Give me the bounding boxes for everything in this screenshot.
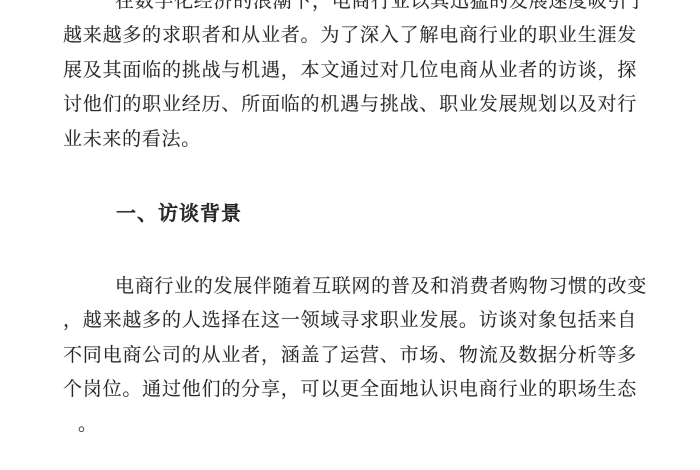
text-line: 不同电商公司的从业者，涵盖了运营、市场、物流及数据分析等多 — [63, 339, 637, 373]
text-line: 越来越多的求职者和从业者。为了深入了解电商行业的职业生涯发 — [63, 19, 637, 53]
text-line-clipped: 在数字化经济的浪潮下，电商行业以其迅猛的发展速度吸引了 — [63, 0, 637, 19]
text-line: 讨他们的职业经历、所面临的机遇与挑战、职业发展规划以及对行 — [63, 88, 637, 122]
paragraph-introduction: 在数字化经济的浪潮下，电商行业以其迅猛的发展速度吸引了 越来越多的求职者和从业者… — [63, 0, 637, 157]
section-heading-interview-background: 一、访谈背景 — [63, 197, 690, 231]
paragraph-interview-background: 电商行业的发展伴随着互联网的普及和消费者购物习惯的改变 ，越来越多的人选择在这一… — [63, 270, 637, 442]
text-line: 电商行业的发展伴随着互联网的普及和消费者购物习惯的改变 — [63, 270, 637, 304]
text-line-wrapped-period: 。 — [63, 408, 637, 442]
text-line: 展及其面临的挑战与机遇，本文通过对几位电商从业者的访谈，探 — [63, 54, 637, 88]
text-line: 个岗位。通过他们的分享，可以更全面地认识电商行业的职场生态 — [63, 373, 637, 407]
text-line: 业未来的看法。 — [63, 123, 637, 157]
text-line: ，越来越多的人选择在这一领域寻求职业发展。访谈对象包括来自 — [63, 304, 637, 338]
document-page: 在数字化经济的浪潮下，电商行业以其迅猛的发展速度吸引了 越来越多的求职者和从业者… — [0, 0, 700, 470]
